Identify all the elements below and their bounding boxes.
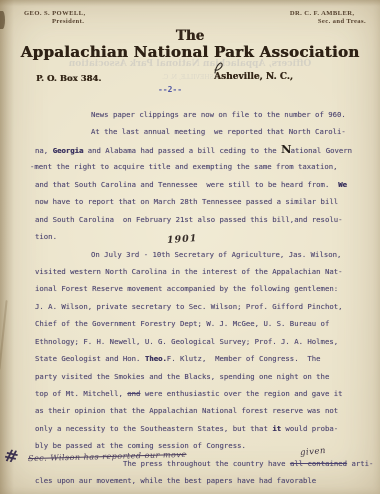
typed-line: Ethnology; F. H. Newell, U. G. Geologica… — [35, 333, 365, 350]
typed-line: State Geologist and Hon. Theo.F. Klutz, … — [35, 350, 365, 367]
typed-body: News paper clippings are now on file to … — [35, 106, 365, 490]
typed-line: tion. — [35, 228, 365, 245]
typed-line: only a necessity to the Southeastern Sta… — [35, 420, 365, 437]
bleed-through-text: Officers, Appalachian National Park Asso… — [0, 59, 380, 69]
typed-line: na, Georgia and Alabama had passed a bil… — [35, 141, 365, 158]
margin-hash-mark: # — [2, 446, 20, 469]
typed-line: News paper clippings are now on file to … — [91, 106, 365, 123]
typed-line: ional Forest Reserve movement accompanie… — [35, 280, 365, 297]
paper-crease — [0, 300, 8, 370]
page-number: --2-- — [0, 85, 340, 94]
ink-squiggle-icon — [212, 60, 226, 75]
po-box: P. O. Box 384. — [36, 74, 101, 84]
typed-line: J. A. Wilson, private secretary to Sec. … — [35, 298, 365, 315]
typed-line: visited western North Carolina in the in… — [35, 263, 365, 280]
officer-right-title: Sec. and Treas. — [318, 18, 366, 26]
typed-line: and South Carolina on February 21st also… — [35, 211, 365, 228]
typed-line: party visited the Smokies and the Blacks… — [35, 368, 365, 385]
typed-line: -ment the right to acquire title and exe… — [30, 158, 365, 175]
handwritten-year: 1901 — [167, 233, 198, 246]
officer-left-name: GEO. S. POWELL, — [24, 10, 86, 17]
typed-line: now have to report that on March 28th Te… — [35, 193, 365, 210]
typed-line: On July 3rd - 10th Secretary of Agricult… — [91, 246, 365, 263]
officer-left: GEO. S. POWELL, President. — [24, 10, 86, 26]
paper-top-shadow — [0, 0, 380, 6]
officer-right-name: DR. C. F. AMBLER, — [290, 10, 355, 17]
officer-left-title: President. — [52, 18, 86, 26]
paper-corner-tear — [0, 11, 5, 29]
typed-line: as their opinion that the Appalachian Na… — [35, 402, 365, 419]
typed-line: At the last annual meeting we reported t… — [91, 123, 365, 140]
document-page: GEO. S. POWELL, President. DR. C. F. AMB… — [0, 0, 380, 494]
typed-line: and that South Carolina and Tennessee we… — [35, 176, 365, 193]
typed-line: Chief of the Government Forestry Dept; W… — [35, 315, 365, 332]
officer-right: DR. C. F. AMBLER, Sec. and Treas. — [290, 10, 366, 26]
org-article: The — [0, 28, 380, 44]
typed-line: cles upon aur movement, while the best p… — [35, 472, 365, 489]
typed-line: top of Mt. Mitchell, and were enthusiast… — [35, 385, 365, 402]
